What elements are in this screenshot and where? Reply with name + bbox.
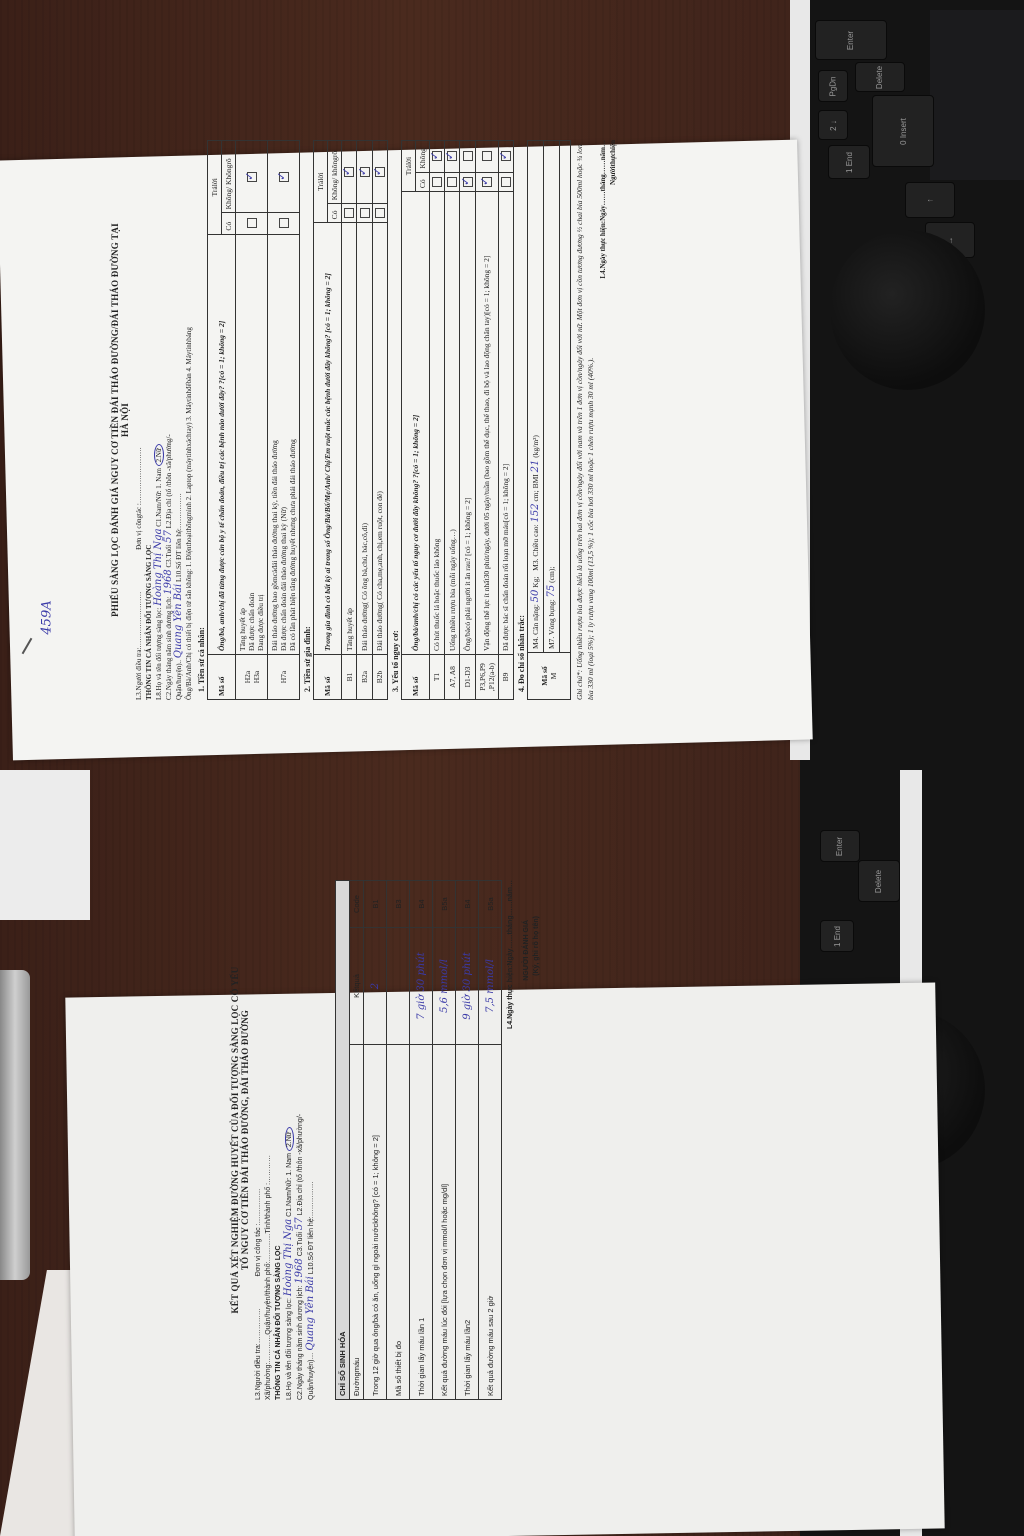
- evaluator-note: (Ký, ghi rõ họ tên): [532, 916, 542, 1400]
- investigator-label: L3.Người điều tra:……………: [255, 1308, 262, 1400]
- name-label: L8.Họ và tên đối tượng sàng lọc:: [155, 608, 163, 700]
- district-value[interactable]: Quang Yên Bái: [305, 1276, 316, 1350]
- row-label: Mã số thiết bị đo: [387, 1045, 410, 1400]
- row-label: Kết quả đường máu lúc đói [lựa chọn đơn …: [433, 1045, 456, 1400]
- code-header: Mã số: [401, 655, 429, 700]
- row-code: H2a H3a: [236, 655, 268, 700]
- weight-value[interactable]: 50: [530, 590, 541, 603]
- evaluator-label: NGƯỜI ĐÁNH GIÁ: [522, 920, 532, 1400]
- no-cell: [268, 141, 300, 213]
- section-anthropometry: 4. Đo chỉ số nhân trắc:: [517, 140, 526, 692]
- anthro-code: Mã sốM: [527, 653, 570, 700]
- date-line: L4.Ngày thực hiện:Ngày……tháng……năm…: [598, 140, 608, 700]
- age-label: C3.Tuổi: [165, 545, 173, 568]
- table-row: Trong 12 giờ qua ông/bà có ăn, uống gì n…: [364, 881, 387, 1400]
- no-checkbox[interactable]: [432, 151, 442, 161]
- answer-header: Trảlời: [314, 141, 328, 223]
- row-result[interactable]: 7 giờ 30 phút: [410, 928, 433, 1045]
- no-cell: [372, 141, 387, 204]
- device-option: 4. Máytínhbảng: [185, 327, 193, 371]
- row-code: B2b: [372, 655, 387, 700]
- bmi-value[interactable]: 21: [530, 460, 541, 473]
- key-delete[interactable]: Delete: [855, 62, 905, 92]
- key-insert[interactable]: 0 Insert: [872, 95, 934, 167]
- table-row: Thời gian lấy máu lần29 giờ 30 phútB4: [456, 881, 479, 1400]
- yes-cell: [460, 172, 475, 192]
- section-family-history: 2. Tiền sử gia đình:: [303, 140, 312, 692]
- waist-row: M7. Vòng bụng: 75 (cm);: [543, 141, 559, 653]
- table-row: Thời gian lấy máu lần 17 giờ 30 phútB4: [410, 881, 433, 1400]
- yes-cell: [372, 204, 387, 223]
- row-result[interactable]: [387, 928, 410, 1045]
- no-checkbox[interactable]: [247, 172, 257, 182]
- info-section-title: THÔNG TIN CÁ NHÂN ĐỐI TƯỢNG SÀNG LỌC: [144, 140, 154, 700]
- no-cell: [460, 141, 475, 173]
- row-label: Thời gian lấy máu lần2: [456, 1045, 479, 1400]
- row-code: H7a: [268, 655, 300, 700]
- device-option: 2. Laptop (máytínhxáchtay): [185, 422, 193, 500]
- row-code: B5a: [479, 881, 502, 928]
- gender-value[interactable]: 2.Nữ: [154, 444, 164, 466]
- row-code: B9: [498, 655, 513, 700]
- row-text: Tăng huyết áp: [342, 223, 357, 655]
- row-text: Tăng huyết áp Đã được chẩn đoán Đang đượ…: [236, 234, 268, 654]
- yes-checkbox[interactable]: [432, 177, 442, 187]
- row-result[interactable]: 9 giờ 30 phút: [456, 928, 479, 1045]
- row-code: B4: [410, 881, 433, 928]
- handwritten-id: 459A: [40, 600, 55, 634]
- section-personal-history: 1. Tiền sử cá nhân:: [197, 140, 206, 692]
- device-option: 3. Máytínhđểbàn: [185, 373, 193, 420]
- alcohol-note: Ghi chú*: Uống nhiều rượu bia được hiểu …: [574, 140, 596, 700]
- question-header: Ông/bà, anh/chị đã từng được cán bộ y tế…: [208, 234, 236, 654]
- biochem-title: CHỈ SỐ SINH HÓA: [336, 881, 350, 1400]
- row-text: Ông/bàcó phải người ít ăn rau? [có = 1; …: [460, 192, 475, 655]
- blank-row: [559, 141, 570, 653]
- gender-value[interactable]: 2.Nữ: [285, 1128, 294, 1152]
- row-text: Có hút thuốc lá hoặc thuốc lào không: [429, 192, 444, 655]
- height-value[interactable]: 152: [530, 503, 541, 522]
- unit-label: Đơn vị côngtác :……………………: [135, 447, 143, 550]
- age-value[interactable]: 57: [163, 530, 174, 543]
- district-value[interactable]: Quang Yên Bái: [173, 584, 184, 658]
- key-end-lower[interactable]: 1 End: [820, 920, 854, 952]
- table-row: Kết quả đường máu sau 2 giờ7,5 mmol/lB5a: [479, 881, 502, 1400]
- table-row: H7aĐái tháo đường bao gồmcảđái tháo đườn…: [268, 141, 300, 700]
- no-cell: [236, 141, 268, 213]
- row-text: Đái tháo đường( Có ông bà,chú, bác,cô,dì…: [357, 223, 372, 655]
- yes-checkbox[interactable]: [447, 177, 457, 187]
- signer-label: Ngườithựchiện: [608, 140, 618, 700]
- table-row: Mã số thiết bị đoB3: [387, 881, 410, 1400]
- row-label: Kết quả đường máu sau 2 giờ: [479, 1045, 502, 1400]
- key-2[interactable]: 2 ↓: [818, 110, 848, 140]
- no-checkbox[interactable]: [482, 151, 492, 161]
- key-enter-lower[interactable]: Enter: [820, 830, 860, 862]
- table-row: A7, A8Uống nhiều rượu bia (mỗi ngày uống…: [445, 141, 460, 700]
- device-question: Ông/Bà/Anh/Chị có thiết bị điện tử sẵn k…: [185, 569, 193, 700]
- question-header: Trong gia đình có bất kỳ ai trong số Ông…: [314, 223, 342, 655]
- binder-clip: [0, 970, 30, 1280]
- district-label: Quận/huyện)…: [308, 1353, 315, 1400]
- row-code: P3,P6,P9 ,P12(a-b): [475, 655, 498, 700]
- mouse-pad: [930, 10, 1024, 180]
- district-label: Quận/huyện)..: [175, 660, 183, 700]
- dob-label: C2.Ngày tháng năm sinh dương lịch:: [297, 1286, 304, 1400]
- no-cell: [429, 141, 444, 173]
- key-delete-lower[interactable]: Delete: [858, 860, 900, 902]
- answer-header: Trảlời: [208, 141, 222, 235]
- no-cell: [498, 141, 513, 173]
- row-text: Đã được bác sĩ chẩn đoán rối loạn mỡ máu…: [498, 192, 513, 655]
- yes-cell: [445, 172, 460, 192]
- form2-title: KẾT QUẢ XÉT NGHIỆM ĐƯỜNG HUYẾT CỦA ĐỐI T…: [230, 880, 240, 1400]
- blood-glucose-form: KẾT QUẢ XÉT NGHIỆM ĐƯỜNG HUYẾT CỦA ĐỐI T…: [230, 880, 542, 1400]
- column-header: Kếtquả: [350, 928, 364, 1045]
- row-code: A7, A8: [445, 655, 460, 700]
- yes-checkbox[interactable]: [375, 208, 385, 218]
- dob-value[interactable]: 1968: [294, 1258, 305, 1283]
- table-row: B2bĐái tháo đường( Có cha,mẹ,anh, chị,em…: [372, 141, 387, 700]
- row-result[interactable]: 5,6 mmol/l: [433, 928, 456, 1045]
- age-label: C3.Tuổi: [297, 1232, 304, 1256]
- yes-checkbox[interactable]: [482, 177, 492, 187]
- row-result[interactable]: 7,5 mmol/l: [479, 928, 502, 1045]
- phone-label: L10.Số ĐT liên hệ:……………: [175, 493, 183, 582]
- yes-checkbox[interactable]: [463, 177, 473, 187]
- unit-label: Đơn vị công tác :……………: [255, 1188, 262, 1276]
- row-code: D1-D3: [460, 655, 475, 700]
- yes-cell: [268, 213, 300, 234]
- envelope: [0, 770, 90, 920]
- investigator-label: L3.Người điều tra:……………………: [135, 592, 143, 700]
- family-history-table: Mã sốTrong gia đình có bất kỳ ai trong s…: [313, 140, 388, 700]
- row-code: B2a: [357, 655, 372, 700]
- key-enter[interactable]: Enter: [815, 20, 887, 60]
- section-risk-factors: 3. Yếu tố nguy cơ:: [391, 140, 400, 692]
- row-text: Uống nhiều rượu bia (mỗi ngày uống…): [445, 192, 460, 655]
- key-up[interactable]: ↑: [905, 182, 955, 218]
- code-header: Mã số: [314, 655, 342, 700]
- table-row: T1Có hút thuốc lá hoặc thuốc lào không: [429, 141, 444, 700]
- row-code: B5a: [433, 881, 456, 928]
- no-cell: [445, 141, 460, 173]
- yes-header: Có: [328, 204, 342, 223]
- table-row: B2aĐái tháo đường( Có ông bà,chú, bác,cô…: [357, 141, 372, 700]
- address-label: L2.Địa chỉ (tổ /thôn -xã/phường/-: [165, 434, 173, 528]
- no-cell: [357, 141, 372, 204]
- row-code: T1: [429, 655, 444, 700]
- no-checkbox[interactable]: [344, 167, 354, 177]
- yes-checkbox[interactable]: [279, 218, 289, 228]
- dob-label: C2.Ngày tháng năm sinh dương lịch:: [165, 596, 173, 700]
- key-end[interactable]: 1 End: [828, 145, 870, 179]
- phone-label: L10.Số ĐT liên hệ:……………: [308, 1181, 315, 1274]
- form2-subtitle: TỐ NGUY CƠ TIỀN ĐÁI THÁO ĐƯỜNG, ĐÁI THÁO…: [240, 880, 250, 1400]
- column-header: Code: [350, 881, 364, 928]
- no-checkbox[interactable]: [375, 167, 385, 177]
- no-checkbox[interactable]: [463, 151, 473, 161]
- table-row: B1Tăng huyết áp: [342, 141, 357, 700]
- info-section-title: THÔNG TIN CÁ NHÂN ĐỐI TƯỢNG SÀNG LỌC: [274, 880, 284, 1400]
- yes-cell: [357, 204, 372, 223]
- key-pgdn[interactable]: PgDn: [818, 70, 848, 102]
- yes-cell: [342, 204, 357, 223]
- code-header: Mã số: [208, 655, 236, 700]
- answer-header: Trảlời: [401, 141, 415, 192]
- address-label: L2.Địa chỉ (tổ /thôn -xã/phường/-: [297, 1114, 304, 1216]
- biochemistry-table: CHỈ SỐ SINH HÓAĐườngmáuKếtquảCodeTrong 1…: [335, 880, 502, 1400]
- table-row: B9Đã được bác sĩ chẩn đoán rối loạn mỡ m…: [498, 141, 513, 700]
- yes-checkbox[interactable]: [247, 218, 257, 228]
- row-result[interactable]: 2: [364, 928, 387, 1045]
- question-header: Ông/bà/anh/chị có các yếu tố nguy cơ dướ…: [401, 192, 429, 655]
- form1-subtitle: HÀ NỘI: [120, 140, 130, 700]
- no-header: Không/ Khôngrõ: [222, 141, 236, 213]
- personal-history-table: Mã sốÔng/bà, anh/chị đã từng được cán bộ…: [207, 140, 300, 700]
- no-cell: [475, 141, 498, 173]
- row-code: B1: [342, 655, 357, 700]
- yes-checkbox[interactable]: [501, 177, 511, 187]
- ward-label: Xã/phường:…………Quận/huyện/thành phố:…………T…: [264, 880, 274, 1400]
- yes-cell: [236, 213, 268, 234]
- row-text: Đái tháo đường bao gồmcảđái tháo đường t…: [268, 234, 300, 654]
- risk-factor-table: Mã sốÔng/bà/anh/chị có các yếu tố nguy c…: [401, 140, 514, 700]
- weight-height-row: M4. Cân nặng: 50 Kg; M3. Chiều cao: 152 …: [527, 141, 543, 653]
- mouse: [830, 230, 985, 390]
- row-code: B3: [387, 881, 410, 928]
- row-label: Thời gian lấy máu lần 1: [410, 1045, 433, 1400]
- gender-label: C1.Nam/Nữ: 1. Nam: [155, 468, 163, 527]
- screening-form: PHIẾU SÀNG LỌC ĐÁNH GIÁ NGUY CƠ TIỀN ĐÁI…: [110, 140, 618, 700]
- yes-cell: [498, 172, 513, 192]
- yes-header: Có: [222, 213, 236, 234]
- table-row: Kết quả đường máu lúc đói [lựa chọn đơn …: [433, 881, 456, 1400]
- row-code: B4: [456, 881, 479, 928]
- age-value[interactable]: 57: [294, 1217, 305, 1230]
- table-row: H2a H3aTăng huyết áp Đã được chẩn đoán Đ…: [236, 141, 268, 700]
- no-checkbox[interactable]: [501, 151, 511, 161]
- waist-value[interactable]: 75: [546, 585, 557, 598]
- form1-title: PHIẾU SÀNG LỌC ĐÁNH GIÁ NGUY CƠ TIỀN ĐÁI…: [110, 140, 120, 700]
- date-line: L4.Ngày thực hiện:Ngày……tháng……năm…: [506, 880, 516, 1400]
- gender-label: C1.Nam/Nữ: 1. Nam: [286, 1153, 293, 1217]
- yes-header: Có: [415, 172, 429, 192]
- no-checkbox[interactable]: [279, 172, 289, 182]
- name-label: L8.Họ và tên đối tượng sàng lọc:: [286, 1298, 293, 1400]
- yes-checkbox[interactable]: [360, 208, 370, 218]
- name-value[interactable]: Hoàng Thị Nga: [283, 1219, 294, 1296]
- row-code: B1: [364, 881, 387, 928]
- table-row: D1-D3Ông/bàcó phải người ít ăn rau? [có …: [460, 141, 475, 700]
- yes-checkbox[interactable]: [344, 208, 354, 218]
- row-text: Đái tháo đường( Có cha,mẹ,anh, chị,em ru…: [372, 223, 387, 655]
- no-checkbox[interactable]: [360, 167, 370, 177]
- yes-cell: [429, 172, 444, 192]
- no-cell: [342, 141, 357, 204]
- row-label: Trong 12 giờ qua ông/bà có ăn, uống gì n…: [364, 1045, 387, 1400]
- device-option: 1. Điệnthoạithôngminh: [185, 502, 193, 567]
- yes-cell: [475, 172, 498, 192]
- anthropometry-table: Mã sốM M4. Cân nặng: 50 Kg; M3. Chiều ca…: [527, 140, 571, 700]
- column-header: Đườngmáu: [350, 1045, 364, 1400]
- row-text: Vận động thể lực ít nhất30 phút/ngày, dư…: [475, 192, 498, 655]
- no-checkbox[interactable]: [447, 151, 457, 161]
- table-row: P3,P6,P9 ,P12(a-b)Vận động thể lực ít nh…: [475, 141, 498, 700]
